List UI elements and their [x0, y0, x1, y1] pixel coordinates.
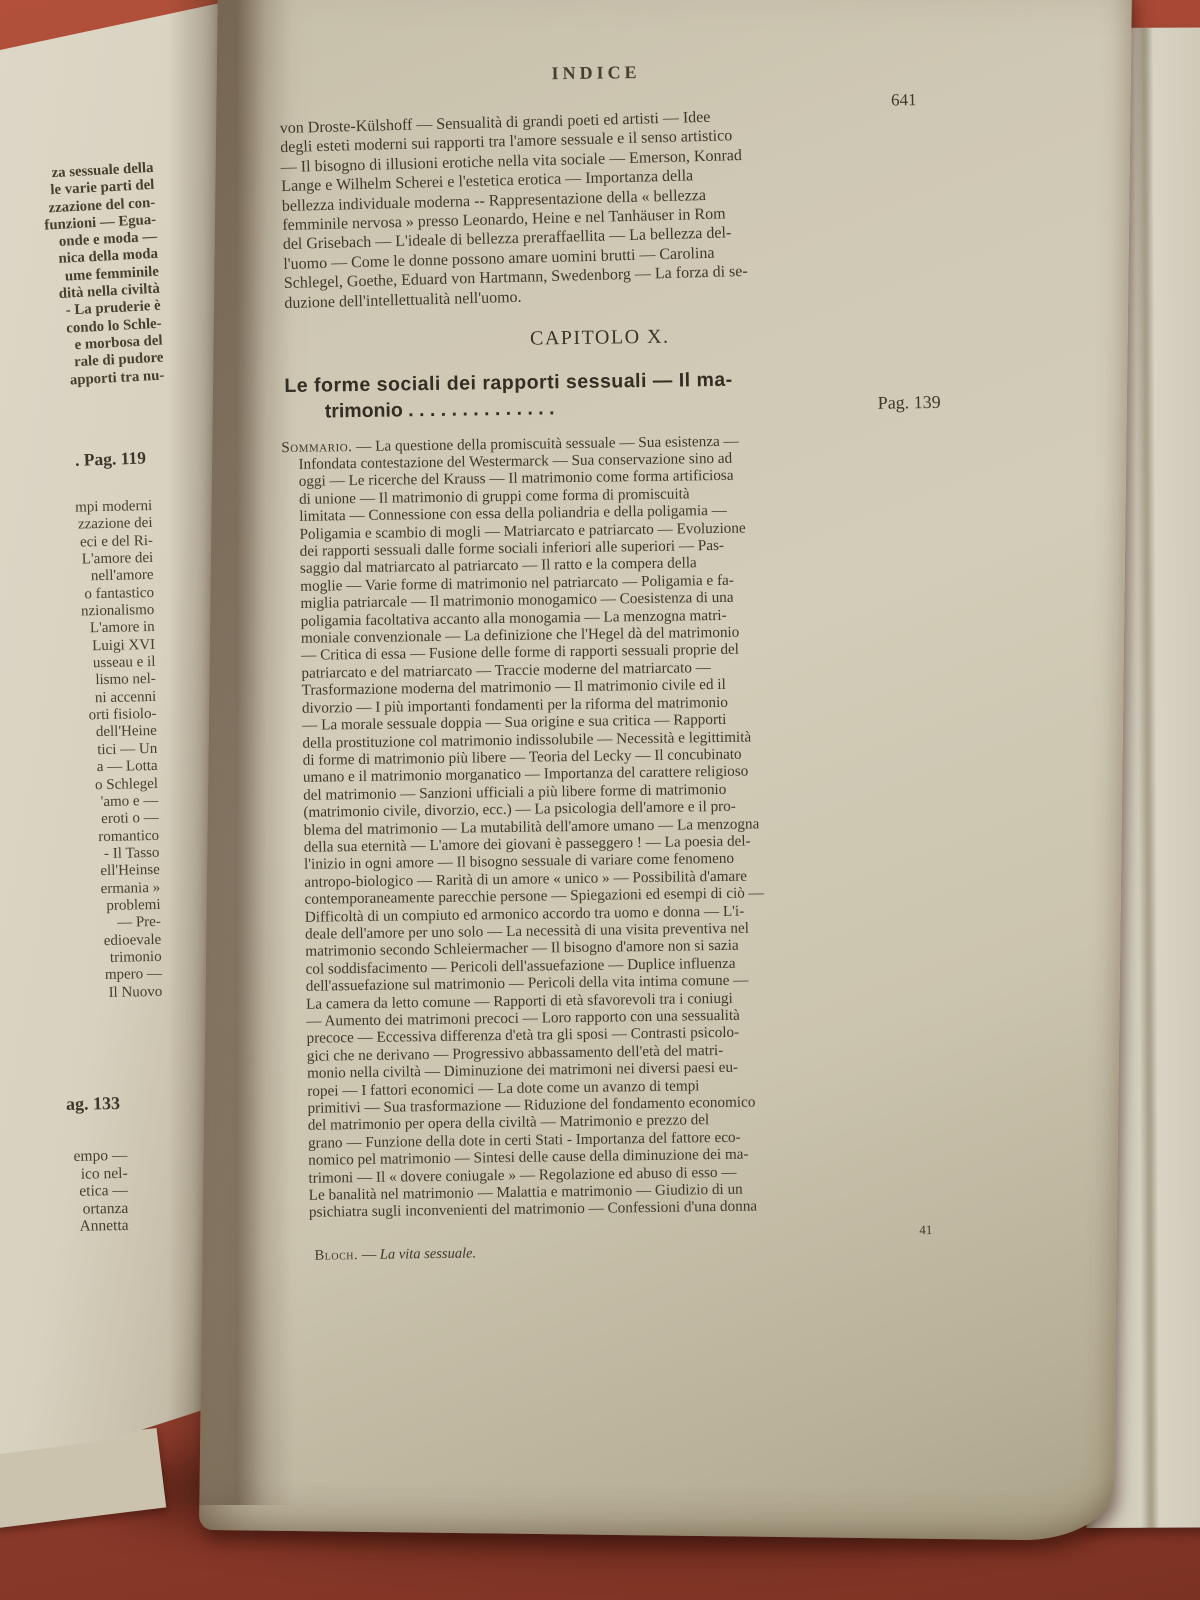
footer-author: Bloch.	[314, 1247, 358, 1264]
right-page: INDICE 641 von Droste-Külshoff — Sensual…	[199, 0, 1132, 1541]
left-page-ref-133: ag. 133	[0, 1093, 120, 1116]
signature-number: 41	[832, 1222, 932, 1239]
left-page-ref-119: . Pag. 119	[0, 447, 146, 473]
chapter-heading: CAPITOLO X.	[350, 323, 850, 353]
gutter-shadow	[168, 0, 293, 1505]
summary-paragraph: Infondata contestazione del Westermarck …	[298, 447, 964, 1222]
left-page-text-fragment-top: za sessuale della le varie parti del zza…	[0, 160, 165, 393]
index-header: INDICE	[346, 59, 846, 87]
chapter-page-ref: Pag. 139	[878, 392, 941, 416]
footer-separator: —	[358, 1247, 380, 1263]
left-page-text-fragment-bottom: empo — ico nel- etica — ortanza Annetta	[0, 1147, 129, 1237]
footer-book-title: La vita sessuale.	[380, 1245, 476, 1262]
chapter-title-leader: trimonio . . . . . . . . . . . . . .	[325, 397, 555, 423]
intro-paragraph: von Droste-Külshoff — Sensualità di gran…	[280, 102, 943, 313]
book-photo: za sessuale della le varie parti del zza…	[0, 0, 1200, 1600]
chapter-title-line2: trimonio . . . . . . . . . . . . . . Pag…	[325, 392, 941, 424]
book-footer: Bloch. — La vita sessuale.	[314, 1245, 476, 1264]
right-page-content: INDICE 641 von Droste-Külshoff — Sensual…	[215, 0, 1151, 1540]
left-page-text-fragment-middle: mpi moderni zzazione dei eci e del Ri- L…	[0, 498, 163, 1004]
